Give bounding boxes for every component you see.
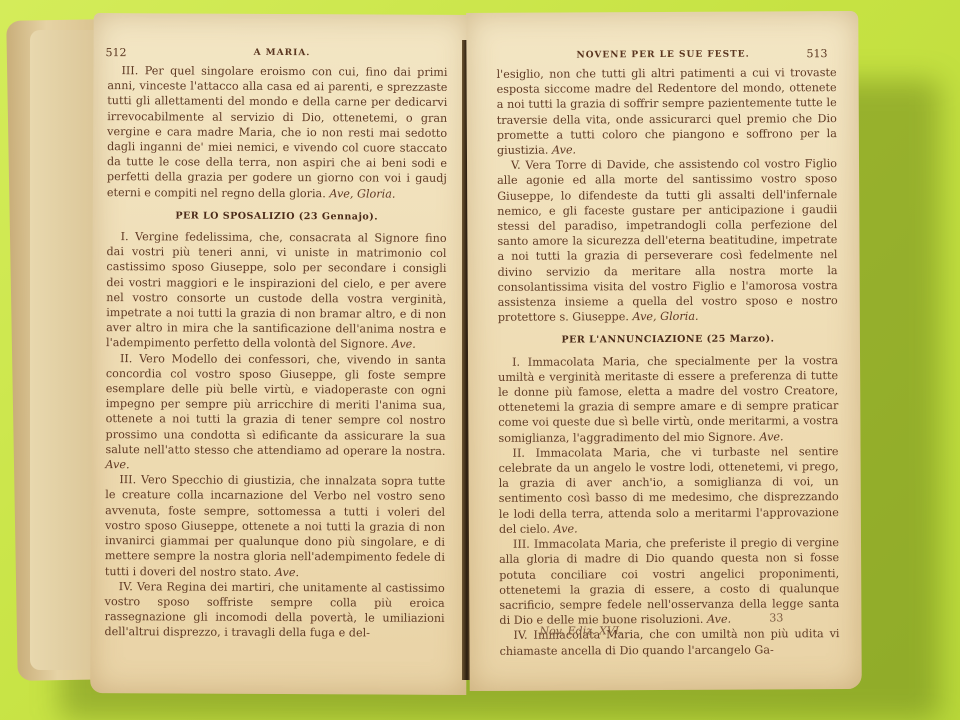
left-text-block: III. Per quel singolare eroismo con cui,… (105, 63, 448, 641)
paragraph: IV. Vera Regina dei martiri, che unitame… (105, 579, 445, 642)
footer-sheet-number: 33 (769, 611, 783, 624)
paragraph: V. Vera Torre di Davide, che assistendo … (497, 156, 838, 325)
section-title: PER L'ANNUNCIAZIONE (25 Marzo). (498, 332, 838, 349)
right-text-block: l'esiglio, non che tutti gli altri patim… (497, 65, 840, 658)
running-head: A MARIA. (254, 48, 311, 58)
paragraph: II. Vero Modello dei confessori, che, vi… (105, 351, 446, 474)
paragraph: I. Immacolata Maria, che specialmente pe… (498, 353, 838, 446)
page-number: 513 (806, 47, 827, 60)
paragraph: II. Immacolata Maria, che vi turbaste ne… (498, 444, 838, 537)
footer-signature: Nov. Ediz. XVI. (539, 624, 622, 637)
left-page: 512 A MARIA. III. Per quel singolare ero… (90, 13, 470, 695)
running-head: NOVENE PER LE SUE FESTE. (576, 50, 749, 61)
paragraph: III. Immacolata Maria, che preferiste il… (499, 535, 839, 628)
section-title: PER LO SPOSALIZIO (23 Gennajo). (107, 208, 447, 225)
paragraph: III. Per quel singolare eroismo con cui,… (107, 63, 448, 202)
page-number: 512 (106, 46, 127, 59)
paragraph: l'esiglio, non che tutti gli altri patim… (497, 65, 837, 158)
paragraph: III. Vero Specchio di giustizia, che inn… (105, 472, 446, 580)
paragraph: I. Vergine fedelissima, che, consacrata … (106, 229, 447, 352)
right-page: NOVENE PER LE SUE FESTE. 513 l'esiglio, … (466, 11, 862, 691)
